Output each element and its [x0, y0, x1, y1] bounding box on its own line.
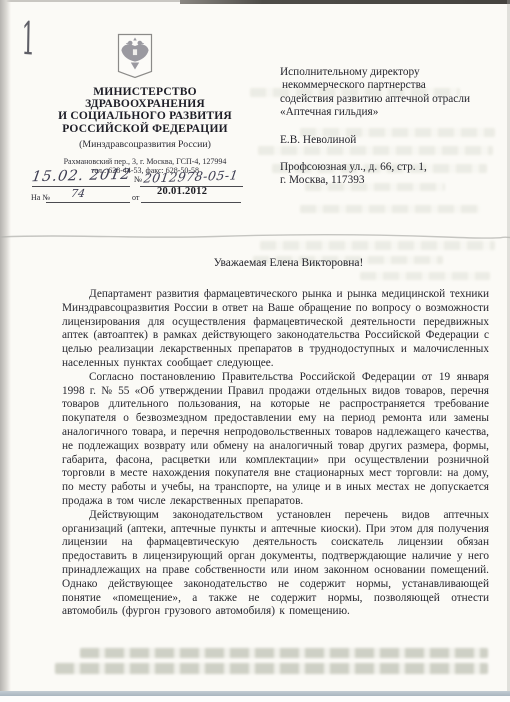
handwritten-page-number: 1: [21, 16, 35, 62]
ministry-short-name: (Минздравсоцразвития России): [28, 139, 262, 150]
outgoing-date-handwritten: 15.02. 2012: [31, 167, 132, 186]
addressee-address-line: Профсоюзная ул., д. 66, стр. 1,: [280, 161, 495, 174]
scan-edge-bottom-white: [0, 696, 510, 702]
addressee-name: Е.В. Неволиной: [280, 134, 495, 147]
outgoing-number-handwritten: 2012978-05-1: [143, 167, 240, 185]
addressee-title-line: содействия развитию аптечной отрасли: [280, 93, 495, 106]
addressee-title-line: некоммерческого партнерства: [280, 79, 495, 92]
number-sign: №: [134, 174, 142, 184]
paper-fold-crease: [0, 228, 510, 238]
scan-edge-left-shadow: [0, 0, 11, 702]
letterhead: МИНИСТЕРСТВО ЗДРАВООХРАНЕНИЯ И СОЦИАЛЬНО…: [28, 86, 262, 176]
addressee-address-line: г. Москва, 117393: [280, 174, 495, 187]
ministry-name-line: МИНИСТЕРСТВО: [28, 86, 262, 98]
ministry-name-line: РОССИЙСКОЙ ФЕДЕРАЦИИ: [28, 123, 262, 135]
russian-coat-of-arms-icon: [117, 33, 153, 85]
ministry-name-line: И СОЦИАЛЬНОГО РАЗВИТИЯ: [28, 110, 262, 122]
scanned-letter-page: 1 МИНИСТЕРСТВО ЗДРАВООХРАНЕНИЯ И СОЦИАЛЬ…: [0, 0, 510, 702]
ministry-name-line: ЗДРАВООХРАНЕНИЯ: [28, 98, 262, 110]
body-paragraph: Действующим законодательством установлен…: [62, 509, 489, 619]
bleed-through-text: [55, 663, 488, 674]
body-paragraph: Департамент развития фармацевтического р…: [62, 288, 489, 371]
bleed-through-text: [260, 241, 495, 250]
bleed-through-text: [300, 205, 480, 213]
from-date-label: от: [132, 193, 139, 202]
incoming-number-blank-line: [46, 201, 130, 203]
bleed-through-text: [360, 272, 490, 280]
incoming-reference-row: На № 74 от 20.01.2012: [30, 186, 245, 204]
ministry-address: Рахмановский пер., 3, г. Москва, ГСП-4, …: [28, 157, 262, 167]
body-paragraph: Согласно постановлению Правительства Рос…: [62, 371, 489, 509]
bleed-through-text: [80, 648, 488, 658]
scan-edge-top-light: [0, 0, 185, 2]
salutation: Уважаемая Елена Викторовна!: [75, 257, 502, 269]
incoming-date: 20.01.2012: [157, 186, 207, 197]
incoming-date-blank-line: [141, 201, 241, 203]
incoming-number-handwritten: 74: [70, 187, 86, 200]
letter-body: Департамент развития фармацевтического р…: [62, 288, 489, 619]
addressee-organization: «Аптечная гильдия»: [280, 106, 495, 119]
addressee-block: Исполнительному директору некоммерческог…: [280, 66, 495, 188]
addressee-title-line: Исполнительному директору: [280, 66, 495, 79]
outgoing-reference-row: 15.02. 2012 № 2012978-05-1: [30, 168, 245, 188]
scan-edge-top-dark: [180, 0, 510, 4]
